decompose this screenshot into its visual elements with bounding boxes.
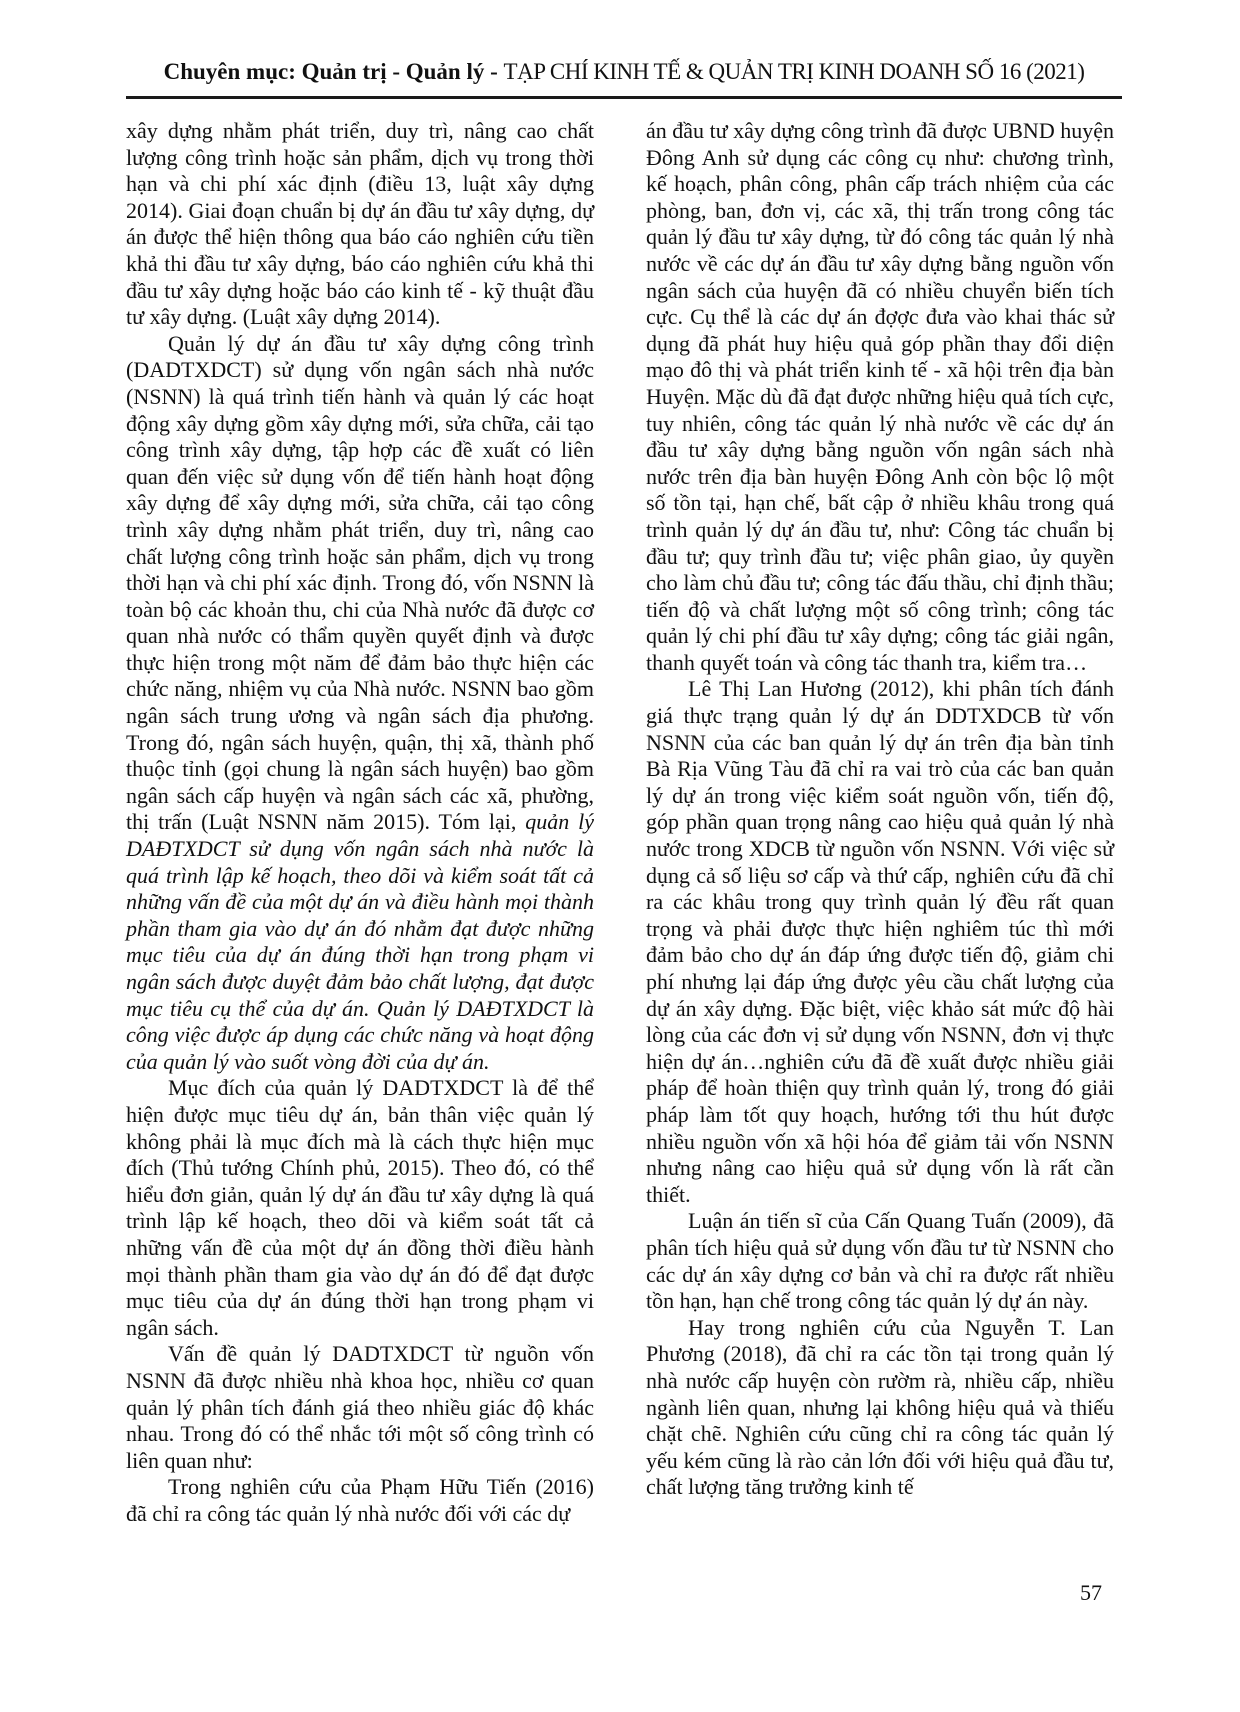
page-header: Chuyên mục: Quản trị - Quản lý - TẠP CHÍ… [126, 58, 1122, 99]
section-label: Chuyên mục: Quản trị - Quản lý [164, 59, 485, 84]
paragraph: Lê Thị Lan Hương (2012), khi phân tích đ… [646, 676, 1114, 1208]
paragraph: án đầu tư xây dựng công trình đã được UB… [646, 118, 1114, 676]
text-segment: Quản lý dự án đầu tư xây dựng công trình… [126, 331, 594, 835]
left-column: xây dựng nhằm phát triển, duy trì, nâng … [126, 118, 594, 1527]
text-segment: Luận án tiến sĩ của Cấn Quang Tuấn (2009… [646, 1208, 1114, 1313]
text-segment: xây dựng nhằm phát triển, duy trì, nâng … [126, 118, 594, 329]
journal-title: TẠP CHÍ KINH TẾ & QUẢN TRỊ KINH DOANH SỐ… [504, 59, 1085, 84]
text-segment: Lê Thị Lan Hương (2012), khi phân tích đ… [646, 676, 1114, 1206]
paragraph: Vấn đề quản lý DADTXDCT từ nguồn vốn NSN… [126, 1341, 594, 1474]
journal-page: Chuyên mục: Quản trị - Quản lý - TẠP CHÍ… [0, 0, 1240, 1712]
paragraph: Hay trong nghiên cứu của Nguyễn T. Lan P… [646, 1315, 1114, 1501]
text-segment: Vấn đề quản lý DADTXDCT từ nguồn vốn NSN… [126, 1341, 594, 1472]
text-segment: án đầu tư xây dựng công trình đã được UB… [646, 118, 1114, 675]
text-segment: Hay trong nghiên cứu của Nguyễn T. Lan P… [646, 1315, 1114, 1500]
paragraph: Quản lý dự án đầu tư xây dựng công trình… [126, 331, 594, 1076]
paragraph: Mục đích của quản lý DADTXDCT là để thể … [126, 1075, 594, 1341]
paragraph: Luận án tiến sĩ của Cấn Quang Tuấn (2009… [646, 1208, 1114, 1314]
paragraph: Trong nghiên cứu của Phạm Hữu Tiến (2016… [126, 1474, 594, 1527]
header-separator: - [484, 59, 503, 84]
text-segment: Mục đích của quản lý DADTXDCT là để thể … [126, 1075, 594, 1339]
paragraph: xây dựng nhằm phát triển, duy trì, nâng … [126, 118, 594, 331]
page-number: 57 [1080, 1580, 1102, 1606]
article-body: xây dựng nhằm phát triển, duy trì, nâng … [126, 118, 1114, 1527]
right-column: án đầu tư xây dựng công trình đã được UB… [646, 118, 1114, 1527]
italic-text-segment: quản lý DAĐTXDCT sử dụng vốn ngân sách n… [126, 809, 594, 1073]
text-segment: Trong nghiên cứu của Phạm Hữu Tiến (2016… [126, 1474, 594, 1526]
